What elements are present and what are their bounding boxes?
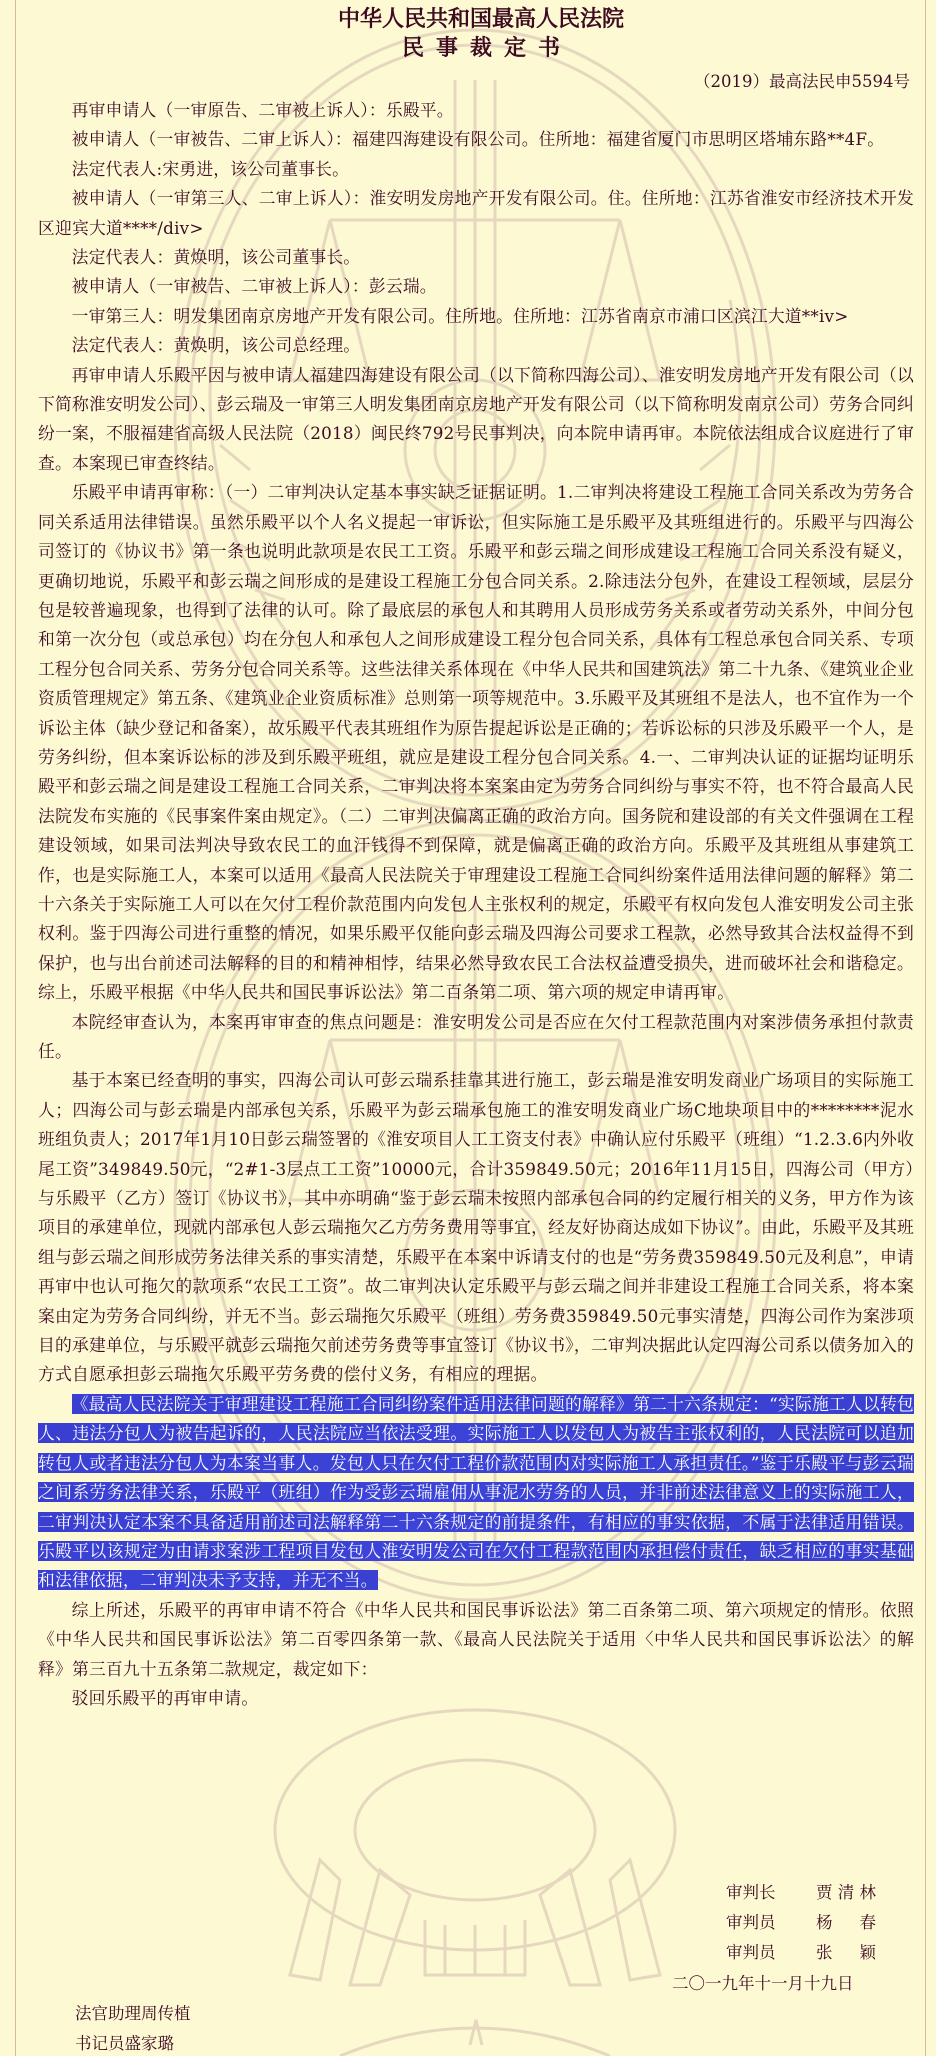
page-border-right [925, 0, 926, 2056]
party-respondent-peng: 被申请人（一审被告、二审被上诉人）：彭云瑞。 [38, 272, 914, 301]
party-representative-nanjing-mingfa: 法定代表人：黄焕明，该公司总经理。 [38, 331, 914, 360]
party-applicant: 再审申请人（一审原告、二审被上诉人）：乐殿平。 [38, 96, 914, 125]
case-number: （2019）最高法民申5594号 [38, 68, 910, 96]
ruling-paragraph: 驳回乐殿平的再审申请。 [38, 1684, 914, 1713]
highlighted-paragraph[interactable]: 《最高人民法院关于审理建设工程施工合同纠纷案件适用法律问题的解释》第二十六条规定… [38, 1390, 914, 1596]
court-focus-paragraph: 本院经审查认为，本案再审审查的焦点问题是：淮安明发公司是否应在欠付工程款范围内对… [38, 1008, 914, 1067]
court-name-heading: 中华人民共和国最高人民法院 [38, 6, 914, 34]
judgment-document: 中华人民共和国最高人民法院 民事裁定书 （2019）最高法民申5594号 再审申… [38, 6, 914, 1713]
judge-assistant: 法官助理周传植 [75, 2000, 191, 2024]
case-background-paragraph: 再审申请人乐殿平因与被申请人福建四海建设有限公司（以下简称四海公司）、淮安明发房… [38, 361, 914, 479]
signature-role: 审判员 [726, 1938, 816, 1968]
signature-row: 审判员 张颖 [726, 1938, 906, 1968]
signature-name: 张颖 [816, 1938, 876, 1968]
applicant-claims-paragraph: 乐殿平申请再审称：（一）二审判决认定基本事实缺乏证据证明。1.二审判决将建设工程… [38, 478, 914, 1007]
parties-section: 再审申请人（一审原告、二审被上诉人）：乐殿平。 被申请人（一审被告、二审上诉人）… [38, 96, 914, 361]
signature-row: 审判长 贾清林 [726, 1878, 906, 1908]
party-representative-sihai: 法定代表人:宋勇进，该公司董事长。 [38, 155, 914, 184]
party-respondent-sihai: 被申请人（一审被告、二审上诉人）：福建四海建设有限公司。住所地：福建省厦门市思明… [38, 125, 914, 154]
party-respondent-huaian-mingfa: 被申请人（一审第三人、二审上诉人）：淮安明发房地产开发有限公司。住。住所地：江苏… [38, 184, 914, 243]
signature-name: 杨春 [816, 1908, 876, 1938]
party-representative-huaian-mingfa: 法定代表人：黄焕明，该公司董事长。 [38, 243, 914, 272]
document-type-heading: 民事裁定书 [38, 34, 914, 64]
signature-block: 审判长 贾清林 审判员 杨春 审判员 张颖 [726, 1878, 906, 1968]
signature-role: 审判员 [726, 1908, 816, 1938]
judgment-date: 二〇一九年十一月十九日 [672, 1970, 854, 1994]
party-third-party-nanjing-mingfa: 一审第三人：明发集团南京房地产开发有限公司。住所地。住所地：江苏省南京市浦口区滨… [38, 302, 914, 331]
signature-role: 审判长 [726, 1878, 816, 1908]
court-findings-paragraph: 基于本案已经查明的事实，四海公司认可彭云瑞系挂靠其进行施工，彭云瑞是淮安明发商业… [38, 1066, 914, 1389]
page-border-left [15, 0, 16, 2056]
signature-name: 贾清林 [816, 1878, 876, 1908]
text-selection[interactable]: 《最高人民法院关于审理建设工程施工合同纠纷案件适用法律问题的解释》第二十六条规定… [38, 1394, 914, 1590]
signature-row: 审判员 杨春 [726, 1908, 906, 1938]
court-clerk: 书记员盛家璐 [75, 2030, 174, 2054]
conclusion-paragraph: 综上所述，乐殿平的再审申请不符合《中华人民共和国民事诉讼法》第二百条第二项、第六… [38, 1596, 914, 1684]
body-section: 再审申请人乐殿平因与被申请人福建四海建设有限公司（以下简称四海公司）、淮安明发房… [38, 361, 914, 1714]
